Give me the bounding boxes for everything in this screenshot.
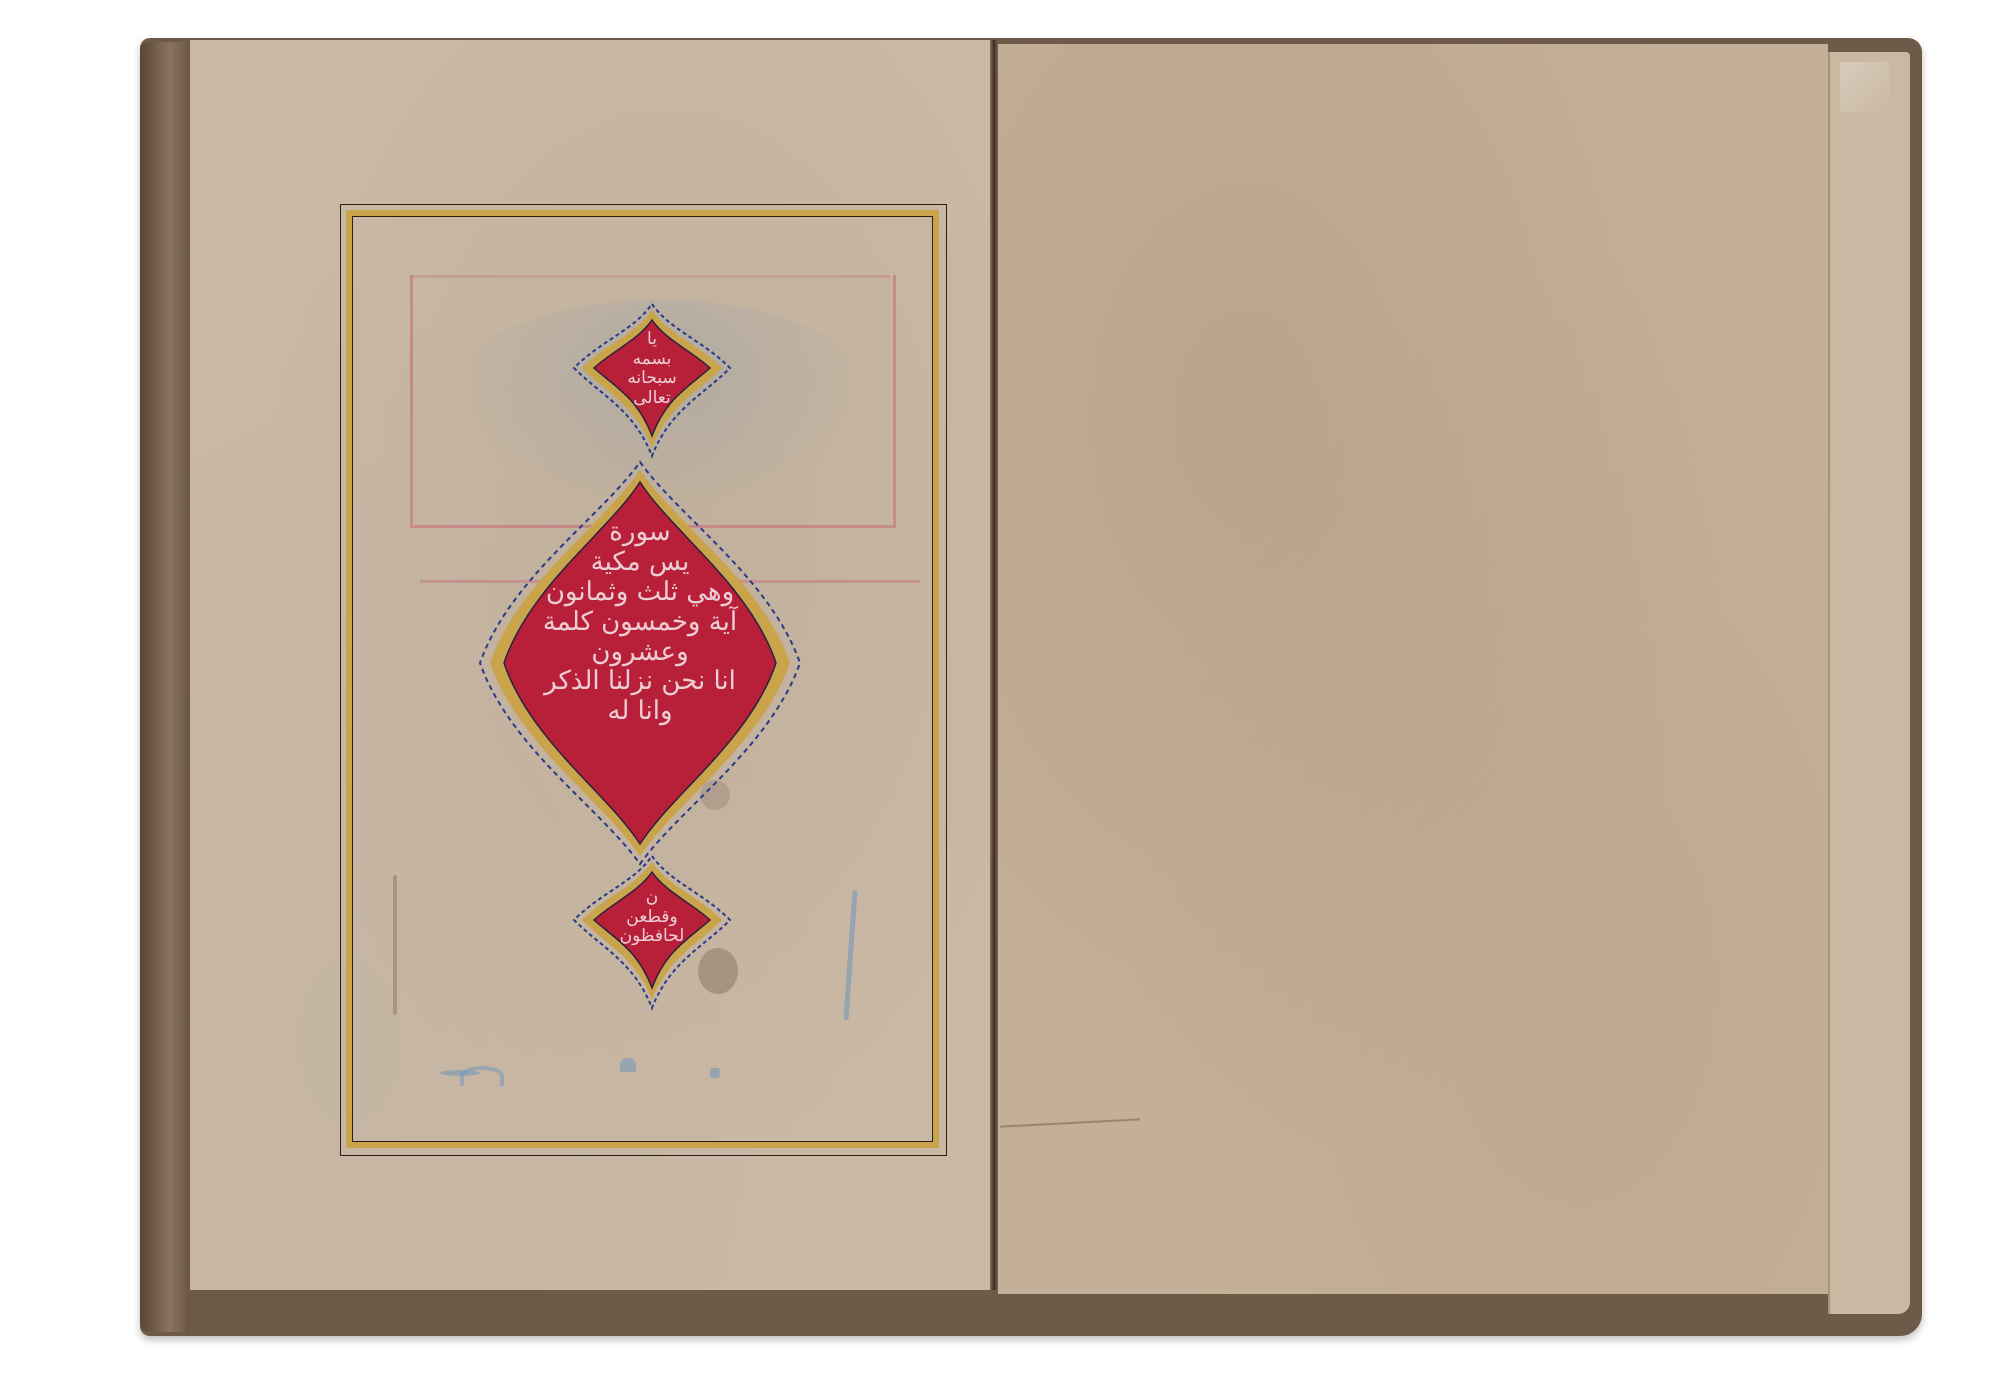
- book-gutter: [990, 40, 998, 1290]
- blue-mark: [393, 875, 397, 1015]
- cartouche-center: سورة يس مكية وهي ثلث وثمانون آية وخمسون …: [470, 458, 810, 868]
- right-page: [998, 44, 1828, 1294]
- right-page-underleaf: [1828, 52, 1910, 1314]
- blue-mark: [710, 1068, 720, 1078]
- cartouche-bottom-text: ن وقطعن لحافظون: [602, 888, 702, 947]
- blue-mark: [460, 1066, 504, 1086]
- cartouche-top: يا بسمه سبحانه تعالى: [552, 300, 752, 460]
- cartouche-bottom: ن وقطعن لحافظون: [552, 852, 752, 1012]
- book-spine-edge: [140, 42, 190, 1332]
- blue-mark: [620, 1058, 636, 1072]
- cartouche-center-text: سورة يس مكية وهي ثلث وثمانون آية وخمسون …: [520, 518, 760, 727]
- cartouche-top-text: يا بسمه سبحانه تعالى: [602, 330, 702, 408]
